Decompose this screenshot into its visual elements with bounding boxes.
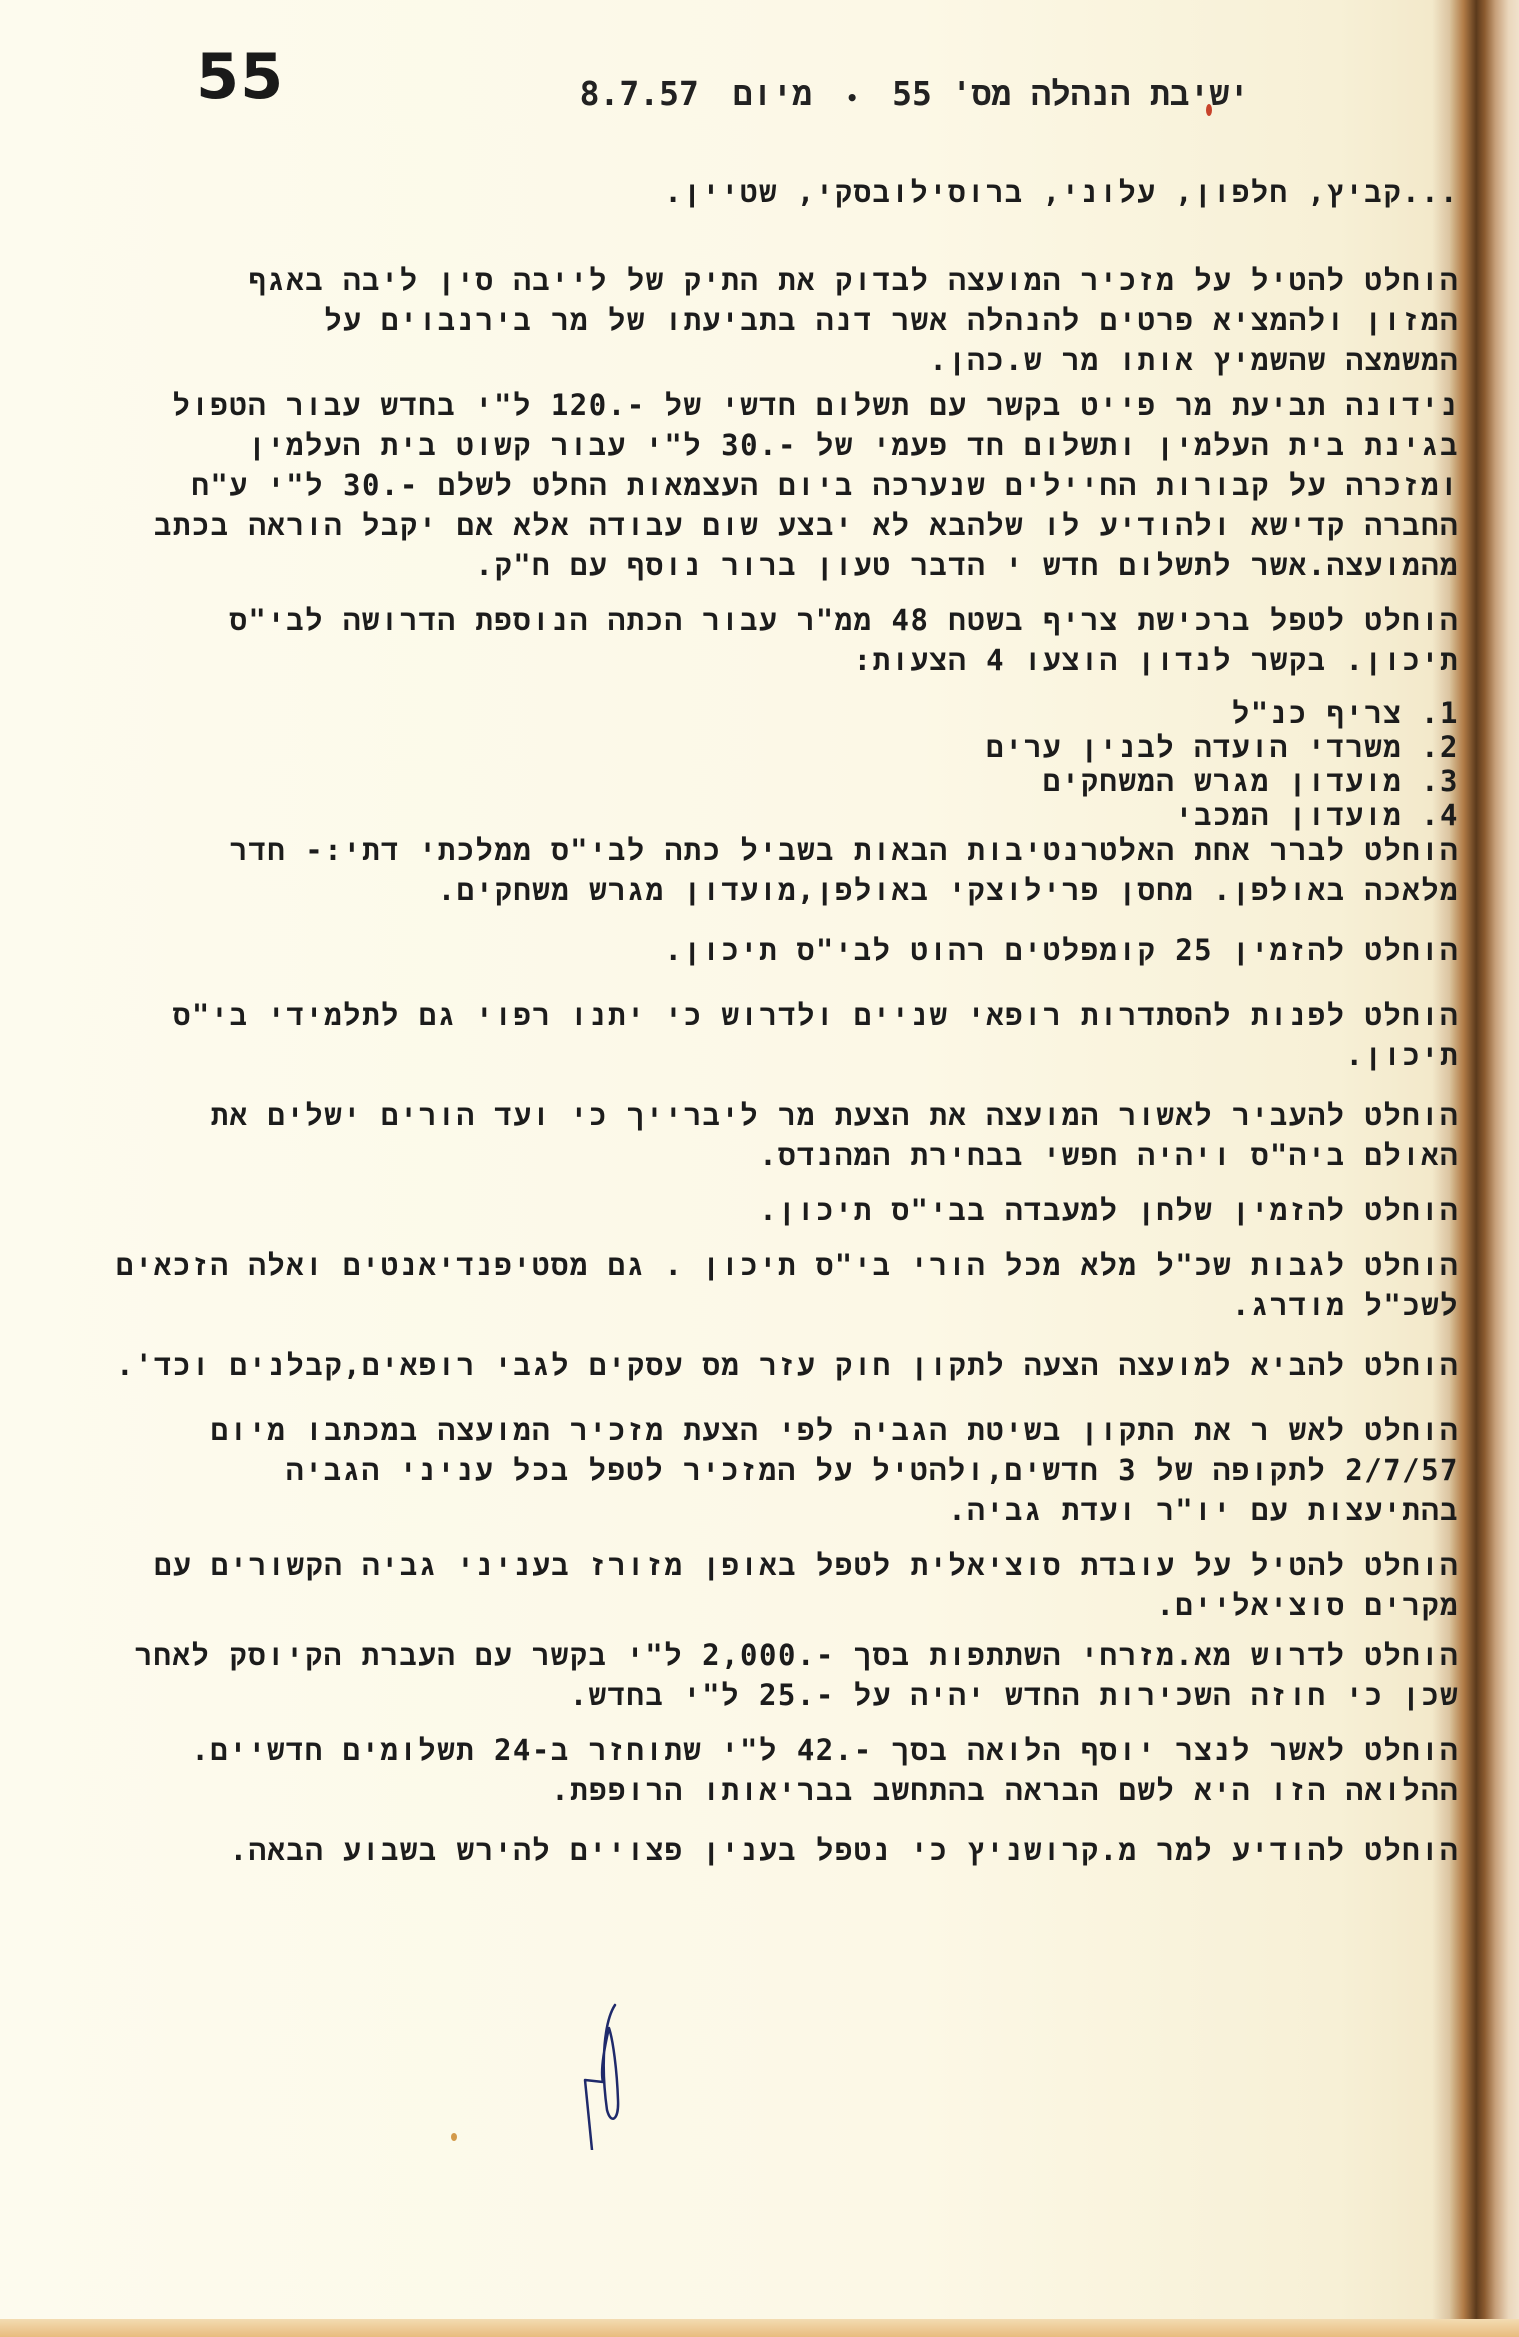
resolution-item: הוחלט לגבות שכ"ל מלא מכל הורי בי"ס תיכון… <box>116 1245 1459 1325</box>
resolution-item: הוחלט לדרוש מא.מזרחי השתתפות בסך -.2,000… <box>135 1635 1459 1715</box>
resolution-item: הוחלט להטיל על מזכיר המועצה לבדוק את התי… <box>249 260 1459 380</box>
resolution-line: מהמועצה.אשר לתשלום חדש י הדבר טעון ברור … <box>154 545 1459 585</box>
resolution-line: בהתיעצות עם יו"ר ועדת גביה. <box>211 1490 1459 1530</box>
proposal-item: 4. מועדון המכבי <box>229 798 1459 832</box>
resolution-line: הוחלט לגבות שכ"ל מלא מכל הורי בי"ס תיכון… <box>116 1245 1459 1285</box>
resolution-item: הוחלט לאשר לנצר יוסף הלואה בסך -.42 ל"י … <box>191 1730 1459 1810</box>
resolution-line: המשמצה שהשמיץ אותו מר ש.כהן. <box>249 340 1459 380</box>
attendees-line: ...קביץ, חלפון, עלוני, ברוסילובסקי, שטיי… <box>169 172 1459 212</box>
meeting-date: 8.7.57 <box>580 74 699 113</box>
resolution-item: הוחלט להודיע למר מ.קרושניץ כי נטפל בענין… <box>230 1830 1459 1870</box>
resolution-line: הוחלט לאש ר את התקון בשיטת הגביה לפי הצע… <box>211 1410 1459 1450</box>
resolution-line: החברה קדישא ולהודיע לו שלהבא לא יבצע שום… <box>154 505 1459 545</box>
resolution-line: הוחלט להודיע למר מ.קרושניץ כי נטפל בענין… <box>230 1830 1459 1870</box>
resolution-line: תיכון. בקשר לנדון הוצעו 4 הצעות: <box>229 640 1459 680</box>
resolution-line: ומזכרה על קבורות החיילים שנערכה ביום העצ… <box>154 465 1459 505</box>
handwritten-signature <box>545 2000 645 2150</box>
stain-speck <box>451 2133 457 2141</box>
resolution-line: הוחלט לאשר לנצר יוסף הלואה בסך -.42 ל"י … <box>191 1730 1459 1770</box>
resolution-line: הוחלט להטיל על מזכיר המועצה לבדוק את התי… <box>249 260 1459 300</box>
resolution-item: הוחלט לברר אחת האלטרנטיבות הבאות בשביל כ… <box>230 830 1459 910</box>
resolution-line: המזון ולהמציא פרטים להנהלה אשר דנה בתביע… <box>249 300 1459 340</box>
resolution-item: הוחלט להטיל על עובדת סוציאלית לטפל באופן… <box>154 1545 1459 1625</box>
proposal-item: 2. משרדי הועדה לבנין ערים <box>229 730 1459 764</box>
resolution-line: הוחלט לפנות להסתדרות רופאי שניים ולדרוש … <box>173 995 1459 1035</box>
resolution-line: ההלואה הזו היא לשם הבראה בהתחשב בבריאותו… <box>191 1770 1459 1810</box>
proposal-item: 1. צריף כנ"ל <box>229 696 1459 730</box>
book-spine <box>1450 0 1519 2337</box>
proposal-list: 1. צריף כנ"ל2. משרדי הועדה לבנין ערים3. … <box>229 696 1459 832</box>
resolution-line: הוחלט לטפל ברכישת צריף בשטח 48 ממ"ר עבור… <box>229 600 1459 640</box>
resolution-line: הוחלט להטיל על עובדת סוציאלית לטפל באופן… <box>154 1545 1459 1585</box>
resolution-line: הוחלט להזמין שלחן למעבדה בבי"ס תיכון. <box>759 1190 1459 1230</box>
resolution-line: לשכ"ל מודרג. <box>116 1285 1459 1325</box>
proposal-item: 3. מועדון מגרש המשחקים <box>229 764 1459 798</box>
document-page: 55 ישיבת הנהלה מס' 55 • מיום 8.7.57 ...ק… <box>0 0 1519 2337</box>
resolution-item: הוחלט לאש ר את התקון בשיטת הגביה לפי הצע… <box>211 1410 1459 1530</box>
resolution-line: הוחלט לדרוש מא.מזרחי השתתפות בסך -.2,000… <box>135 1635 1459 1675</box>
resolution-item: נידונה תביעת מר פייט בקשר עם תשלום חדשי … <box>154 385 1459 585</box>
resolution-line: מקרים סוציאליים. <box>154 1585 1459 1625</box>
resolution-line: הוחלט לברר אחת האלטרנטיבות הבאות בשביל כ… <box>230 830 1459 870</box>
resolution-item: הוחלט להביא למועצה הצעה לתקון חוק עזר מס… <box>116 1345 1459 1385</box>
resolution-item: הוחלט להזמין 25 קומפלטים רהוט לבי"ס תיכו… <box>665 930 1460 970</box>
page-bottom-edge <box>0 2319 1519 2337</box>
resolution-item: הוחלט לפנות להסתדרות רופאי שניים ולדרוש … <box>173 995 1459 1075</box>
resolution-line: בגינת בית העלמין ותשלום חד פעמי של -.30 … <box>154 425 1459 465</box>
resolution-item: הוחלט להזמין שלחן למעבדה בבי"ס תיכון. <box>759 1190 1459 1230</box>
date-label: מיום <box>733 74 812 115</box>
resolution-line: הוחלט להביא למועצה הצעה לתקון חוק עזר מס… <box>116 1345 1459 1385</box>
page-number: 55 <box>196 40 284 113</box>
document-header: ישיבת הנהלה מס' 55 • מיום 8.7.57 <box>580 74 1249 115</box>
resolution-line: הוחלט להזמין 25 קומפלטים רהוט לבי"ס תיכו… <box>665 930 1460 970</box>
resolution-line: הוחלט להעביר לאשור המועצה את הצעת מר ליב… <box>211 1095 1459 1135</box>
ink-speck <box>1206 104 1212 116</box>
resolution-item: הוחלט להעביר לאשור המועצה את הצעת מר ליב… <box>211 1095 1459 1175</box>
resolution-line: 2/7/57 לתקופה של 3 חדשים,ולהטיל על המזכי… <box>211 1450 1459 1490</box>
resolution-line: שכן כי חוזה השכירות החדש יהיה על -.25 ל"… <box>135 1675 1459 1715</box>
resolution-line: נידונה תביעת מר פייט בקשר עם תשלום חדשי … <box>154 385 1459 425</box>
resolution-line: מלאכה באולפן. מחסן פרילוצקי באולפן,מועדו… <box>230 870 1459 910</box>
resolution-line: האולם ביה"ס ויהיה חפשי בבחירת המהנדס. <box>211 1135 1459 1175</box>
header-separator: • <box>846 86 858 110</box>
resolution-line: תיכון. <box>173 1035 1459 1075</box>
meeting-title: ישיבת הנהלה מס' 55 <box>892 74 1249 115</box>
resolution-item: הוחלט לטפל ברכישת צריף בשטח 48 ממ"ר עבור… <box>229 600 1459 832</box>
